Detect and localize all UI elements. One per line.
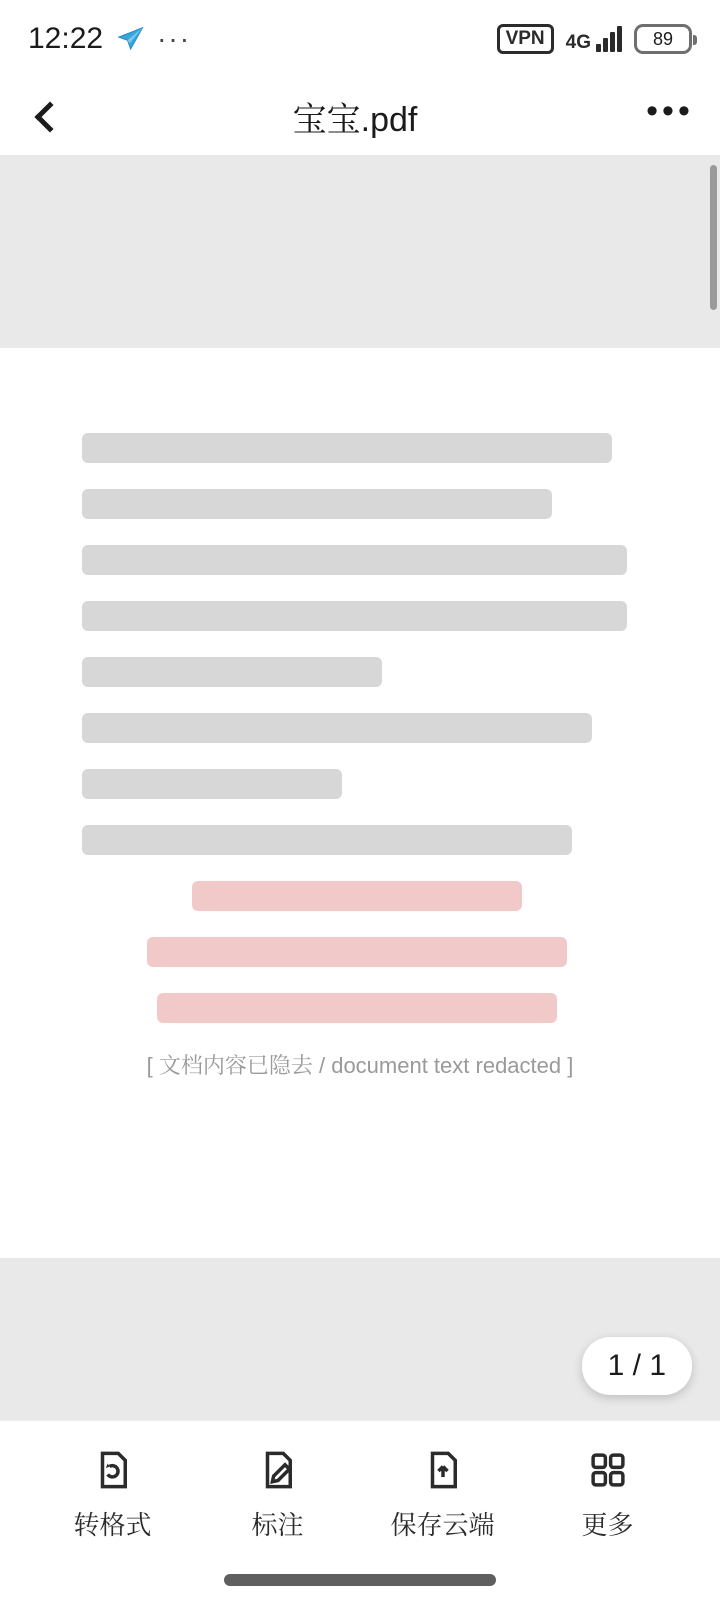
more-button[interactable]: 更多 — [543, 1449, 673, 1542]
redacted-text-line — [82, 657, 382, 687]
scrollbar-thumb[interactable] — [710, 165, 717, 310]
convert-format-button[interactable]: 转格式 — [48, 1449, 178, 1542]
notification-overflow-dots: ··· — [157, 23, 191, 55]
signal-icon: 4G — [566, 26, 622, 52]
battery-percent: 89 — [653, 29, 673, 50]
redacted-text-line — [82, 601, 627, 631]
battery-icon: 89 — [634, 24, 692, 54]
redacted-text-line — [82, 769, 342, 799]
redacted-text-line — [192, 881, 522, 911]
pdf-viewport[interactable]: [ 文档内容已隐去 / document text redacted ] 1 /… — [0, 155, 720, 1420]
more-grid-icon — [587, 1449, 629, 1491]
clock: 12:22 — [28, 22, 103, 56]
redacted-text-line — [147, 937, 567, 967]
page-indicator: 1 / 1 — [582, 1337, 692, 1395]
redacted-text-line — [82, 489, 552, 519]
redacted-text-line — [82, 545, 627, 575]
chevron-left-icon — [34, 101, 65, 132]
tool-label: 更多 — [581, 1505, 633, 1542]
more-menu-button[interactable]: ••• — [620, 78, 720, 155]
tool-label: 转格式 — [73, 1505, 151, 1542]
status-bar: 12:22 ··· VPN 4G 89 — [0, 0, 720, 78]
page-title: 宝宝.pdf — [90, 92, 620, 141]
redacted-document-body: [ 文档内容已隐去 / document text redacted ] — [82, 433, 638, 1080]
redacted-text-line — [82, 825, 572, 855]
nav-bar: 宝宝.pdf ••• — [0, 78, 720, 155]
save-cloud-icon — [422, 1449, 464, 1491]
back-button[interactable] — [0, 78, 90, 155]
redacted-text-line — [157, 993, 557, 1023]
convert-format-icon — [92, 1449, 134, 1491]
bottom-toolbar: 转格式 标注 保存云端 更多 — [0, 1420, 720, 1600]
paper-plane-icon — [115, 24, 145, 54]
annotate-button[interactable]: 标注 — [213, 1449, 343, 1542]
save-cloud-button[interactable]: 保存云端 — [378, 1449, 508, 1542]
home-indicator-bar[interactable] — [224, 1574, 496, 1586]
redacted-text-line — [82, 713, 592, 743]
annotate-icon — [257, 1449, 299, 1491]
tool-label: 保存云端 — [390, 1505, 494, 1542]
tool-label: 标注 — [251, 1505, 303, 1542]
vpn-badge: VPN — [497, 24, 554, 54]
redacted-text-line — [82, 433, 612, 463]
pdf-page: [ 文档内容已隐去 / document text redacted ] — [0, 348, 720, 1258]
redaction-note: [ 文档内容已隐去 / document text redacted ] — [82, 1049, 638, 1080]
